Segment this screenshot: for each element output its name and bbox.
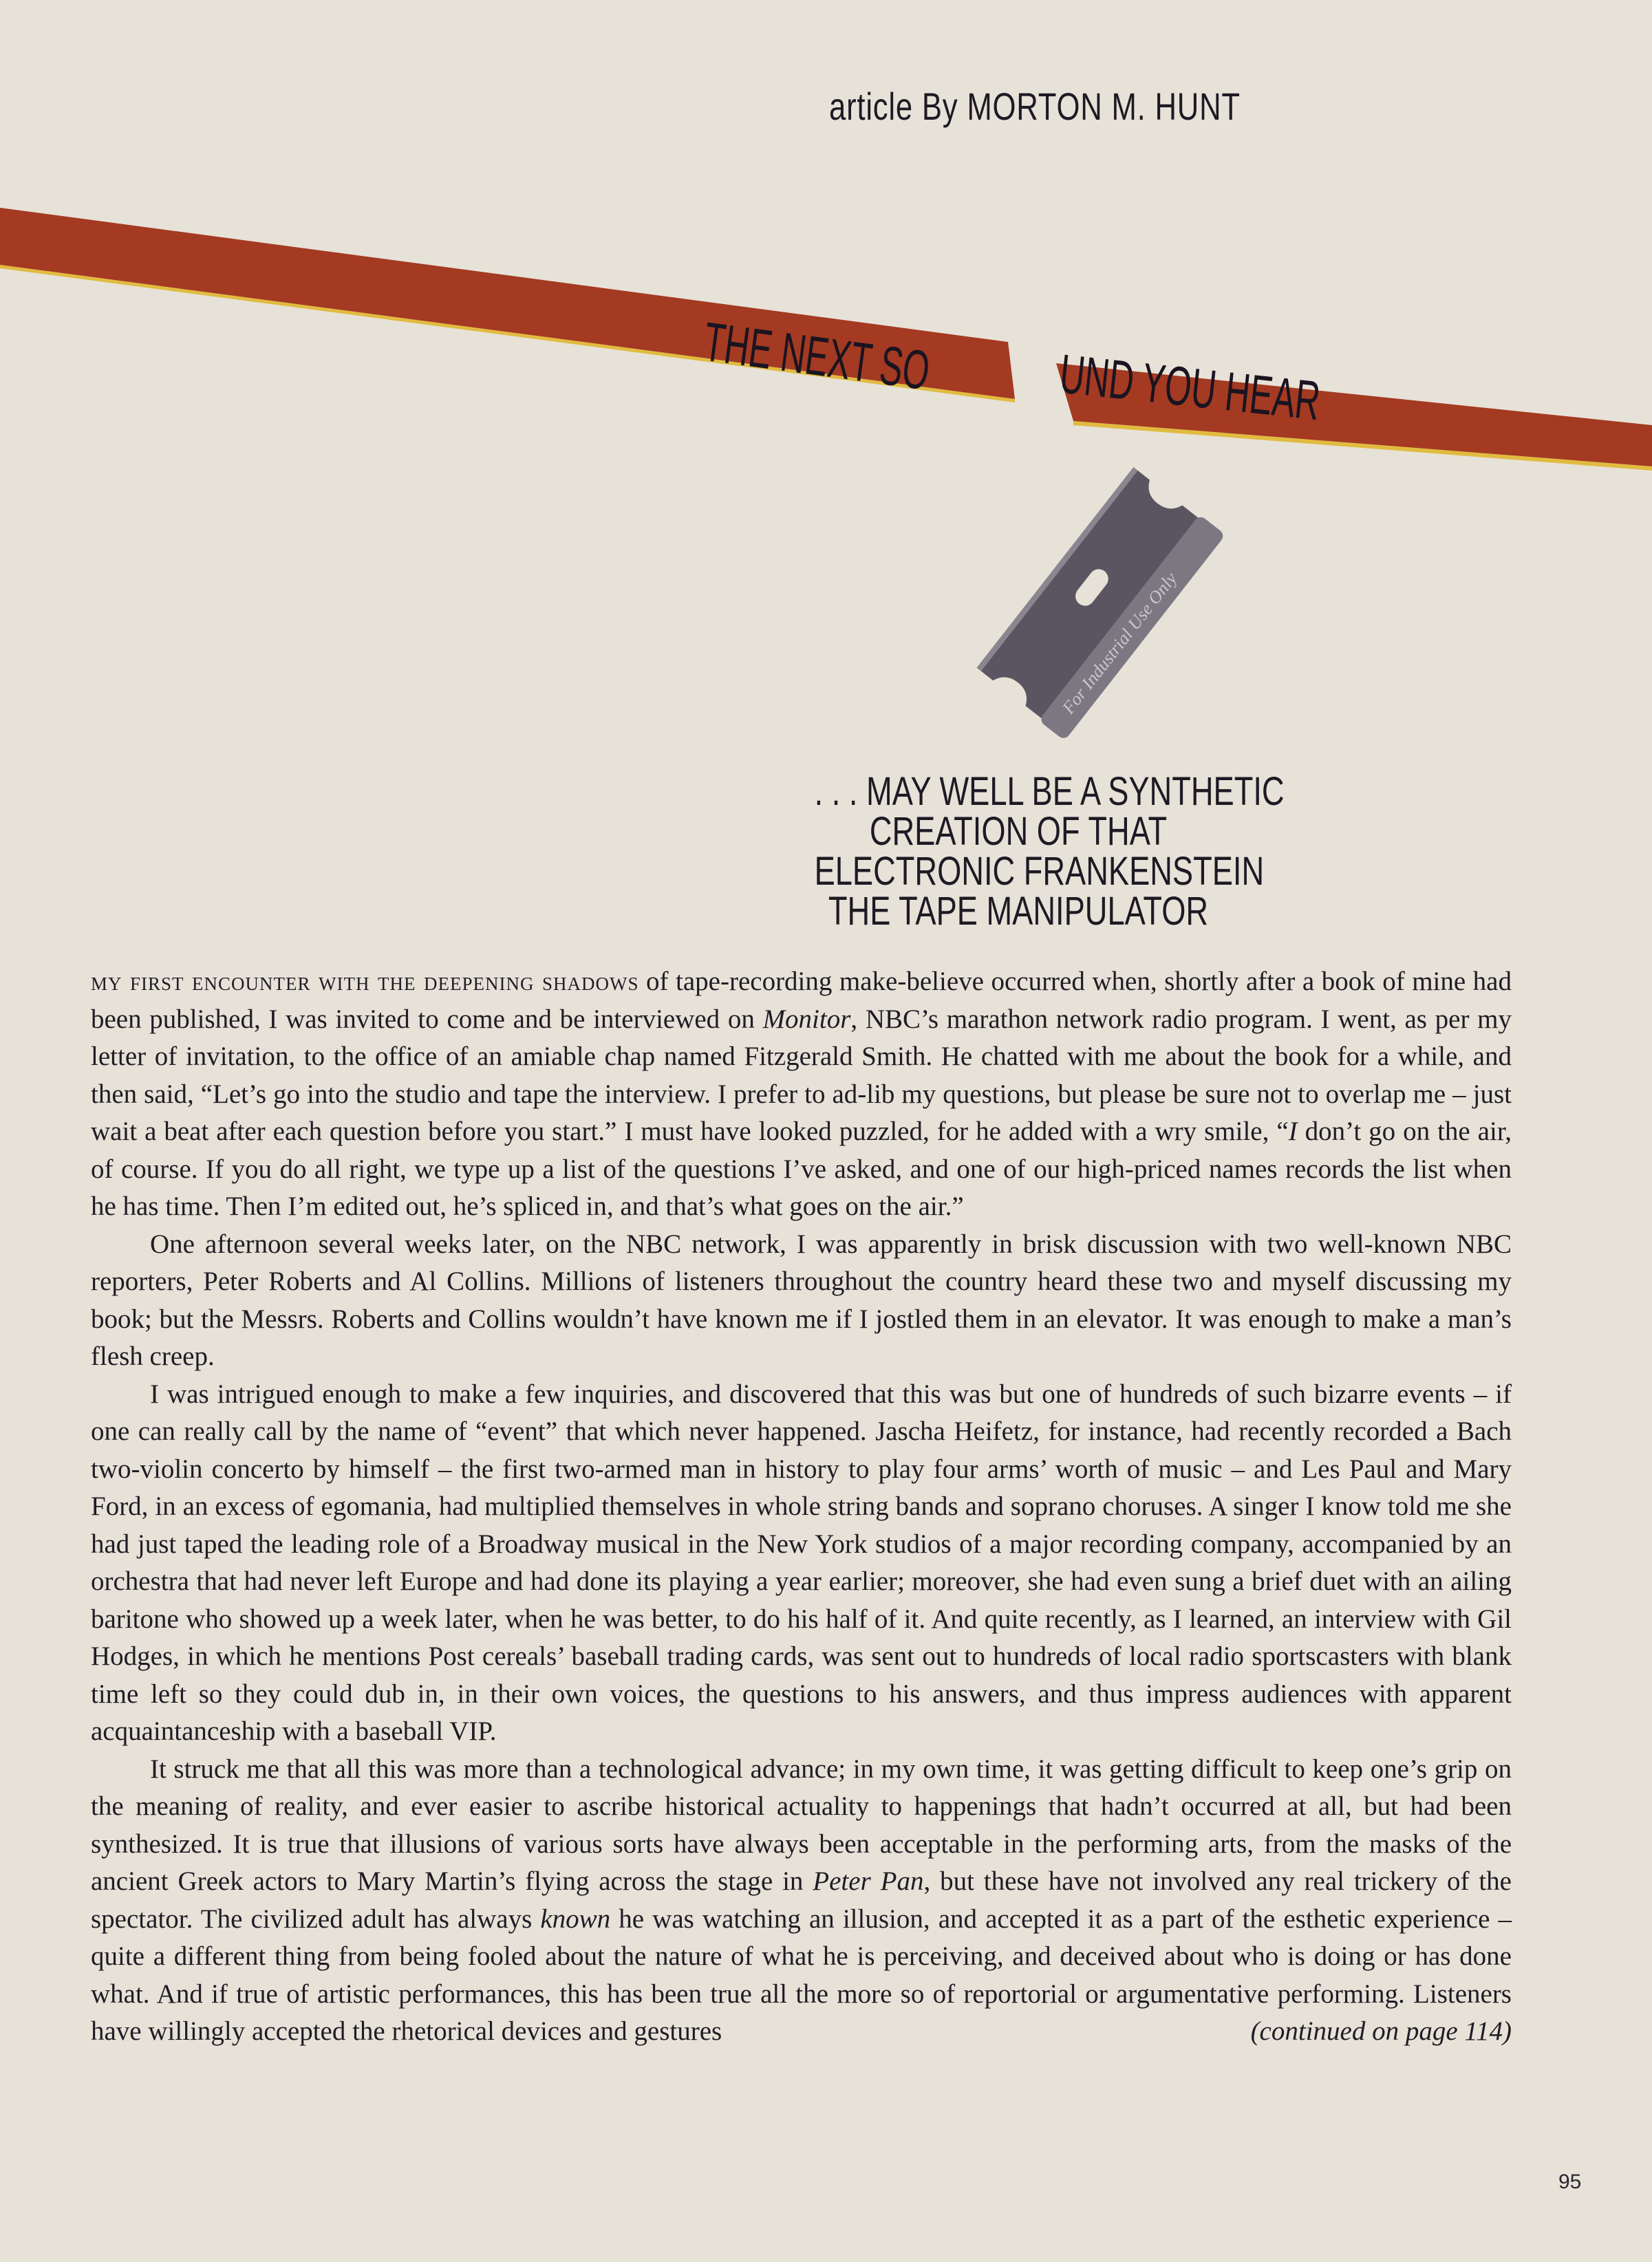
paragraph-1: MY FIRST ENCOUNTER WITH THE DEEPENING SH… [91,963,1512,1226]
paragraph-3: I was intrigued enough to make a few inq… [91,1376,1512,1751]
continued-note: (continued on page 114) [1192,2013,1512,2051]
page-number: 95 [1558,2171,1581,2194]
subhead-line-3: ELECTRONIC FRANKENSTEIN [815,852,1223,892]
article-body: MY FIRST ENCOUNTER WITH THE DEEPENING SH… [91,963,1512,2051]
subhead-line-2: CREATION OF THAT [815,812,1223,852]
subhead-line-1: . . . MAY WELL BE A SYNTHETIC [815,772,1223,812]
italic-monitor: Monitor [763,1004,851,1034]
subhead-line-4: THE TAPE MANIPULATOR [815,892,1223,931]
title-banner: THE NEXT SO UND YOU HEAR [0,0,1652,482]
paragraph-2: One afternoon several weeks later, on th… [91,1226,1512,1376]
razor-blade-image: For Industrial Use Only [922,399,1266,771]
subheading: . . . MAY WELL BE A SYNTHETIC CREATION O… [757,772,1280,931]
paragraph-4: It struck me that all this was more than… [91,1751,1512,2051]
lead-in-small-caps: MY FIRST ENCOUNTER WITH THE DEEPENING SH… [91,967,639,996]
